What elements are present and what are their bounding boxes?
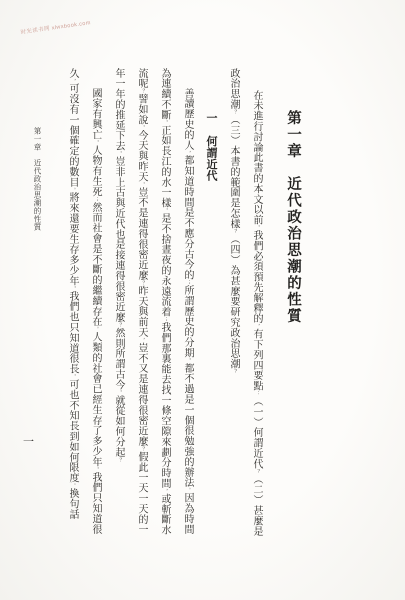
section-heading: 一 何謂近代 <box>199 68 222 538</box>
chapter-title: 第一章 近代政治思潮的性質 <box>278 68 308 538</box>
library-watermark: 时光读书网 xlwxbook.com <box>20 18 91 36</box>
page-content: 第一章 近代政治思潮的性質 在未進行討論此書的本文以前，我們必須預先解釋的，有下… <box>61 68 308 538</box>
body-paragraph: 國家有興亡，人物有生死；然而社會是不斷的繼續存在。人類的社會已經生存了多少年，我… <box>61 68 107 538</box>
running-title: 第一章 近代政治思潮的性質 <box>32 127 43 231</box>
intro-paragraph: 在未進行討論此書的本文以前，我們必須預先解釋的，有下列四要點：（一）何謂近代？（… <box>222 68 268 538</box>
page-number: 一 <box>23 433 34 449</box>
book-page: 时光读书网 xlwxbook.com 第一章 近代政治思潮的性質 在未進行討論此… <box>0 0 405 600</box>
body-paragraph: 善讀歷史的人，都知道時間是不應分古今的；所謂歷史的分期，都不過是一個很勉強的辦法… <box>107 68 199 538</box>
